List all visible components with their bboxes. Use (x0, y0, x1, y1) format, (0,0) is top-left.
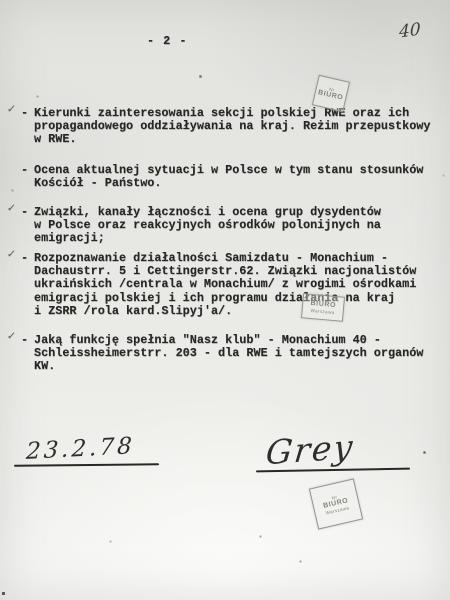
office-stamp: NrBIUROWarszawa (309, 478, 363, 529)
list-dash: - (21, 206, 28, 219)
paragraph: ✓ - Związki, kanały łączności i ocena gr… (34, 206, 436, 246)
paragraph: ✓ - Rozpoznawanie działalności Samizdatu… (34, 252, 436, 318)
handwritten-folio-number: 40 (399, 19, 420, 42)
list-dash: - (21, 107, 28, 120)
list-dash: - (21, 164, 28, 177)
paragraph: - Ocena aktualnej sytuacji w Polsce w ty… (34, 164, 436, 190)
paragraph-text: Jaką funkcję spełnia "Nasz klub" - Monac… (34, 334, 436, 374)
scanned-document-page: - 2 - 40 ✓ - Kierunki zainteresowania se… (0, 0, 450, 600)
handwritten-checkmark: ✓ (6, 202, 16, 216)
stamp-text-line: BIURO (317, 89, 344, 103)
list-dash: - (21, 252, 28, 265)
paragraph-text: Kierunki zainteresowania sekcji polskiej… (34, 107, 436, 147)
scan-dust (0, 0, 1, 1)
stamp-text-line: Warszawa (310, 308, 334, 316)
list-dash: - (21, 334, 28, 347)
page-number: - 2 - (147, 34, 187, 48)
paragraph-text: Związki, kanały łączności i ocena grup d… (34, 206, 436, 246)
paragraph: ✓ - Jaką funkcję spełnia "Nasz klub" - M… (34, 334, 436, 374)
handwritten-checkmark: ✓ (6, 330, 16, 344)
paragraph-text: Ocena aktualnej sytuacji w Polsce w tym … (34, 164, 436, 190)
handwritten-checkmark: ✓ (6, 248, 16, 262)
paragraph-text: Rozpoznawanie działalności Samizdatu - M… (34, 252, 436, 318)
handwritten-signature: Grey (264, 427, 356, 473)
office-stamp: BIUROWarszawa (301, 293, 345, 322)
handwritten-checkmark: ✓ (6, 103, 16, 117)
handwritten-date: 23.2.78 (25, 433, 135, 465)
paragraph: ✓ - Kierunki zainteresowania sekcji pols… (34, 107, 436, 147)
